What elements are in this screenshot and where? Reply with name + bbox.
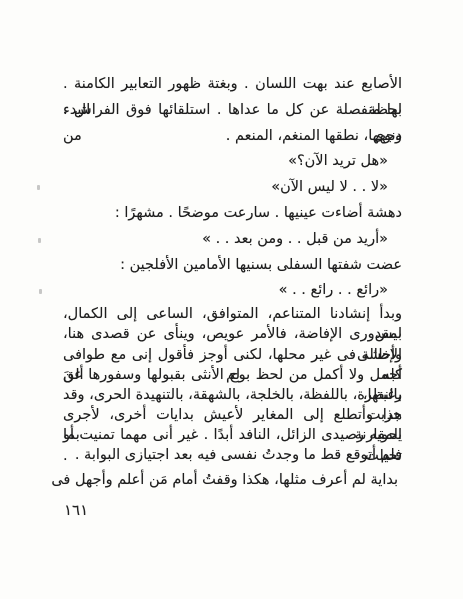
- text-block: الأصابع عند بهت اللسان . وبغتة ظهور التع…: [63, 72, 402, 490]
- text-line: بمقدورى الإفاضة، فالأمر عويص، وينأى عن ق…: [63, 324, 402, 344]
- text-line: هذا وأتطلع إلى المغاير لأعيش بدايات أخرى…: [63, 405, 402, 425]
- scan-speck: [37, 185, 40, 190]
- dialogue-line: «لا . . لا ليس الآن»: [63, 175, 402, 201]
- scan-speck: [38, 238, 41, 243]
- dialogue-line: «رائع . . رائع . . »: [63, 278, 402, 304]
- text-line: أجمل ولا أكمل من لحظ بوح الأنثى بقبولها …: [63, 365, 402, 385]
- text-line: دهشة أضاءت عينيها . سارعت موضحًا . مشهرً…: [63, 201, 402, 227]
- text-line: بالنظرة، باللفظة، بالخلجة، بالشهقة، بالت…: [63, 385, 402, 405]
- text-line: وبدأ إنشادنا المتناعم، المتوافق، الساعى …: [63, 304, 402, 324]
- page-number: ١٦١: [64, 501, 88, 519]
- book-page: الأصابع عند بهت اللسان . وبغتة ظهور التع…: [0, 0, 463, 599]
- text-line: الأصابع عند بهت اللسان . وبغتة ظهور التع…: [63, 72, 402, 98]
- text-line: الإطالة فى غير محلها، لكنى أوجز فأقول إن…: [63, 345, 402, 365]
- paragraph-section: وبدأ إنشادنا المتناعم، المتوافق، الساعى …: [63, 304, 402, 466]
- scan-speck: [39, 289, 42, 294]
- text-line: عضت شفتها السفلى بسنيها الأمامين الأفلجي…: [63, 253, 402, 279]
- text-line: فلم أتوقع قط ما وجدتُ نفسى فيه بعد اجتيا…: [63, 445, 402, 465]
- text-line: بها منفصلة عن كل ما عداها . استلقائها فو…: [63, 98, 402, 124]
- text-line: يحويه رصيدى الزائل، النافد أبدًا . غير أ…: [63, 425, 402, 445]
- dialogue-line: «أريد من قبل . . ومن بعد . . »: [63, 227, 402, 253]
- dialogue-line: «هل تريد الآن؟»: [63, 149, 402, 175]
- text-line: بداية لم أعرف مثلها، هكذا وقفتُ أمام مَن…: [63, 470, 402, 490]
- dialogue-section: الأصابع عند بهت اللسان . وبغتة ظهور التع…: [63, 72, 402, 304]
